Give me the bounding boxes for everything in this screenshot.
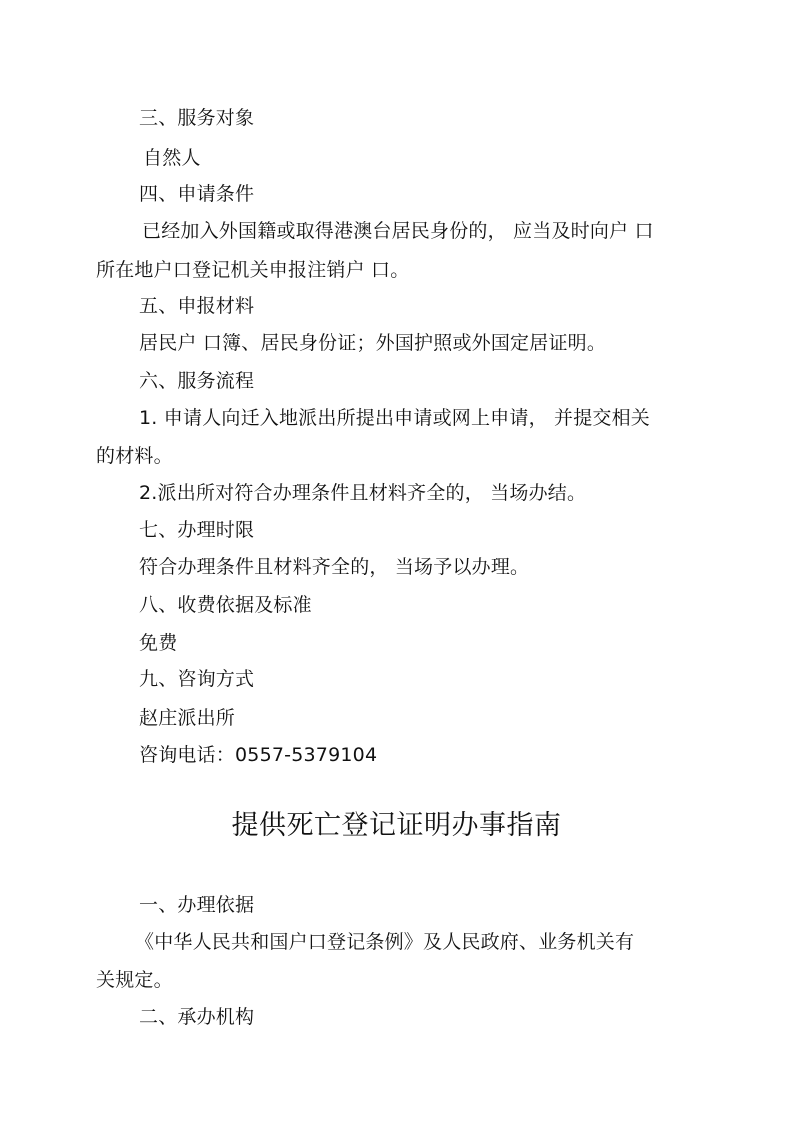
section-heading-time-limit: 七、办理时限: [139, 518, 254, 542]
paragraph-service-target: 自然人: [143, 146, 201, 170]
section-heading-contact: 九、咨询方式: [139, 667, 254, 691]
document-title: 提供死亡登记证明办事指南: [0, 808, 793, 844]
paragraph-process-step1-line2: 的材料。: [96, 444, 173, 468]
paragraph-conditions-line1: 已经加入外国籍或取得港澳台居民身份的， 应当及时向户 口: [142, 219, 654, 243]
paragraph-process-step1-line1: 1. 申请人向迁入地派出所提出申请或网上申请， 并提交相关: [139, 406, 650, 430]
paragraph-conditions-line2: 所在地户口登记机关申报注销户 口。: [96, 258, 409, 282]
paragraph-fees: 免费: [139, 631, 177, 655]
paragraph-process-step2: 2.派出所对符合办理条件且材料齐全的， 当场办结。: [139, 481, 586, 505]
paragraph-materials: 居民户 口簿、居民身份证；外国护照或外国定居证明。: [139, 331, 606, 355]
section-heading-conditions: 四、申请条件: [139, 182, 254, 206]
section-heading-legal-basis: 一、办理依据: [139, 893, 254, 917]
paragraph-legal-basis-line2: 关规定。: [96, 968, 173, 992]
section-heading-fees: 八、收费依据及标准: [139, 593, 312, 617]
paragraph-contact-phone: 咨询电话：0557-5379104: [139, 743, 377, 767]
paragraph-legal-basis-line1: 《中华人民共和国户口登记条例》及人民政府、业务机关有: [135, 930, 634, 954]
paragraph-contact-office: 赵庄派出所: [139, 706, 235, 730]
section-heading-handling-agency: 二、承办机构: [139, 1005, 254, 1029]
paragraph-time-limit: 符合办理条件且材料齐全的， 当场予以办理。: [139, 555, 529, 579]
section-heading-service-target: 三、服务对象: [139, 106, 254, 130]
section-heading-materials: 五、申报材料: [139, 294, 254, 318]
section-heading-process: 六、服务流程: [139, 369, 254, 393]
